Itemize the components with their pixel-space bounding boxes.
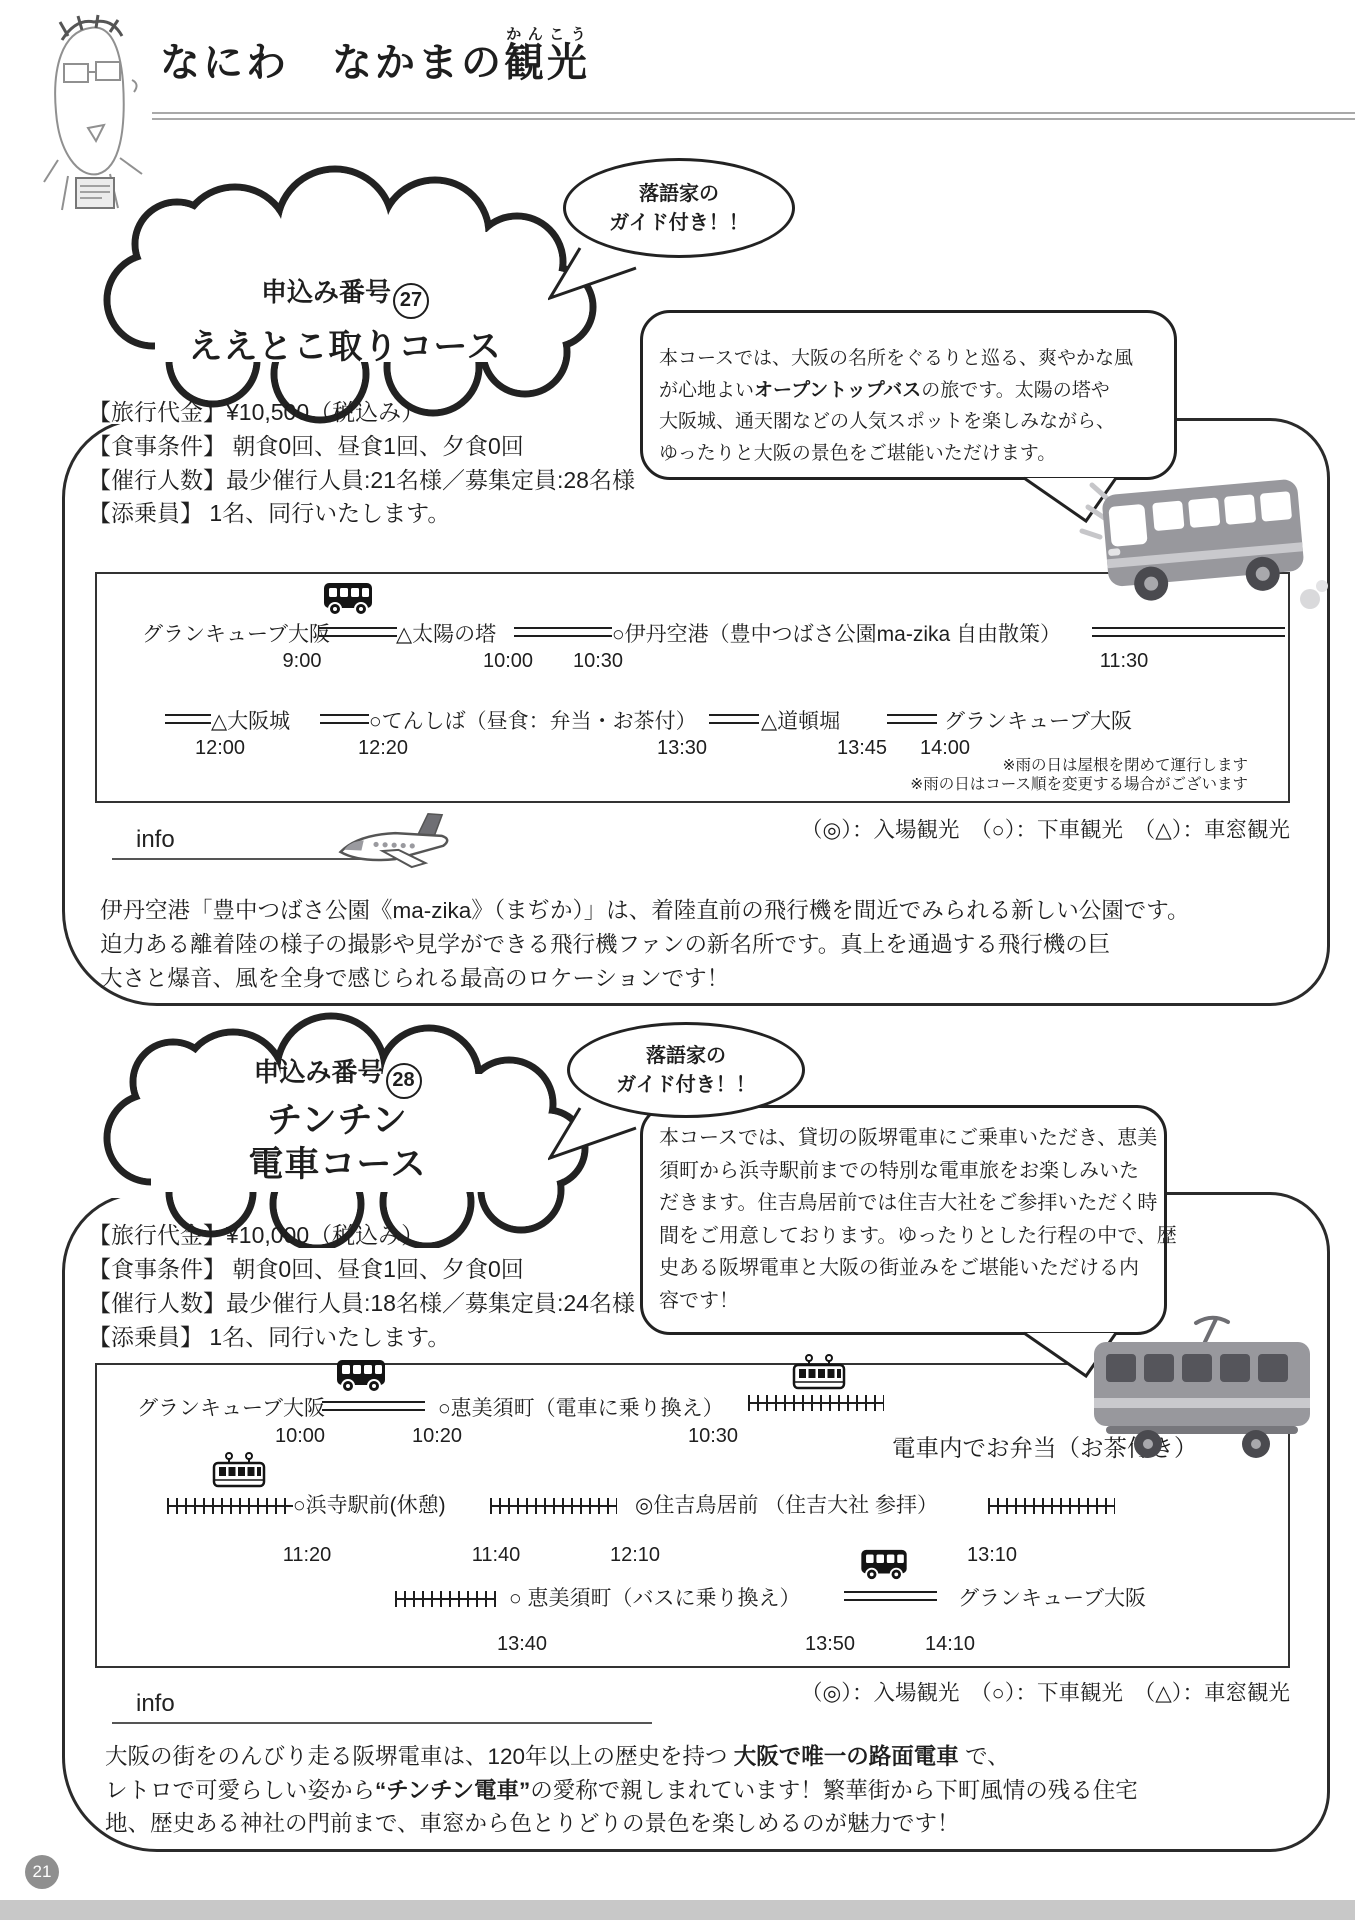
detail-price: 【旅行代金】¥10,000（税込み） [88,1218,635,1252]
tram-icon [791,1353,847,1399]
time-label: 10:30 [556,650,640,673]
tram-icon [211,1451,267,1497]
rail-route-line [988,1498,1115,1514]
time-label: 13:40 [480,1633,564,1656]
course27-info-paragraph: 伊丹空港「豊中つばさ公園《ma-zika》（まぢか）」は、着陸直前の飛行機を間近… [100,894,1189,996]
page-title-base: なにわ なかまの [160,41,504,85]
time-label: 11:30 [1082,650,1166,673]
rain-notes: ※雨の日は屋根を閉めて運行します ※雨の日はコース順を変更する場合がございます [910,757,1248,794]
bus-icon [322,580,374,616]
course28-title-line1: チンチン [85,1099,590,1143]
course27-guide-bubble-tail [548,246,643,308]
course28-apply-number: 申込み番号28 [85,1052,590,1099]
stop-tower-of-sun: △太陽の塔 [396,618,496,648]
highlight-only-streetcar: 大阪で唯一の路面電車 [734,1744,959,1769]
page-title-kanji: 観光かんこう [504,41,590,85]
pamphlet-page: なにわ なかまの観光かんこう 申込み番号27 ええとこ取りコース [0,0,1355,1920]
stop-grand-cube: グランキューブ大阪 [142,618,330,648]
footer-bar [0,1900,1355,1920]
course27-title: ええとこ取りコース [85,319,605,368]
time-label: 14:10 [908,1633,992,1656]
stop-grand-cube: グランキューブ大阪 [958,1582,1146,1612]
course28-guide-bubble: 落語家の ガイド付き！！ [567,1022,805,1118]
page-number-badge: 21 [25,1855,59,1889]
course28-title-cloud: 申込み番号28 チンチン 電車コース [85,1012,590,1248]
time-label: 13:30 [640,737,724,760]
bus-icon [335,1357,387,1393]
stop-itami-airport: ○伊丹空港（豊中つばさ公園ma-zika 自由散策） [612,618,1061,648]
course27-guide-bubble: 落語家の ガイド付き！！ [563,158,795,258]
course28-guide-bubble-tail [548,1106,643,1168]
time-label: 11:20 [265,1544,349,1567]
time-label: 9:00 [260,650,344,673]
stop-ebisucho: ○恵美須町（電車に乗り換え） [438,1392,724,1422]
stop-dotonbori: △道頓堀 [761,705,840,735]
time-label: 10:00 [258,1425,342,1448]
rail-route-line [490,1498,617,1514]
stop-tenshiba: ○てんしば（昼食：弁当・お茶付） [369,705,697,735]
bus-route-line [709,714,759,724]
course27-apply-number: 申込み番号27 [85,272,605,319]
time-label: 13:50 [788,1633,872,1656]
open-top-bus-illustration [1072,455,1330,620]
stop-grand-cube: グランキューブ大阪 [944,705,1132,735]
time-label: 10:30 [671,1425,755,1448]
bus-route-line [322,1401,425,1411]
course27-details: 【旅行代金】¥10,500（税込み） 【食事条件】 朝食0回、昼食1回、夕食0回… [88,396,635,531]
circled-number-27: 27 [393,283,429,319]
time-label: 13:45 [820,737,904,760]
time-label: 11:40 [454,1544,538,1567]
header-divider [152,112,1355,120]
time-label: 10:00 [466,650,550,673]
bus-route-line [844,1591,937,1601]
page-title: なにわ なかまの観光かんこう [160,26,590,88]
bus-route-line [1092,627,1285,637]
stop-sumiyoshi-toriimae: ◎住吉鳥居前 （住吉大社 参拝） [635,1489,938,1519]
time-label: 10:20 [395,1425,479,1448]
stop-hamadera-ekimae: ○浜寺駅前(休憩) [293,1489,446,1519]
bus-route-line [514,627,612,637]
page-title-furigana: かんこう [504,26,590,43]
time-label: 13:10 [950,1544,1034,1567]
stop-ebisucho: ○ 恵美須町（バスに乗り換え） [509,1582,801,1612]
info-underline [112,858,367,860]
stop-grand-cube: グランキューブ大阪 [137,1392,325,1422]
time-label: 12:10 [593,1544,677,1567]
info-underline [112,1722,652,1724]
bus-route-line [165,714,211,724]
course28-details: 【旅行代金】¥10,000（税込み） 【食事条件】 朝食0回、昼食1回、夕食0回… [88,1218,635,1354]
course27-title-cloud: 申込み番号27 ええとこ取りコース [85,162,605,428]
bus-icon [859,1547,909,1581]
course28-description-bubble: 本コースでは、貸切の阪堺電車にご乗車いただき、恵美 須町から浜寺駅前までの特別な… [640,1105,1167,1335]
info-label: info [136,1690,175,1718]
highlight-open-top-bus: オープントップバス [754,380,921,401]
info-label: info [136,826,175,854]
circled-number-28: 28 [386,1063,422,1099]
bus-route-line [887,714,937,724]
bus-route-line [319,627,397,637]
pantograph [1196,1318,1228,1344]
detail-price: 【旅行代金】¥10,500（税込み） [88,396,635,430]
highlight-chinchin-densha: “チンチン電車” [375,1778,530,1803]
sightseeing-legend: （◎）：入場観光 （○）：下車観光 （△）：車窓観光 [400,813,1290,844]
airplane-icon [330,806,465,881]
detail-escort: 【添乗員】 1名、同行いたします。 [88,1320,635,1354]
detail-meals: 【食事条件】 朝食0回、昼食1回、夕食0回 [88,1252,635,1286]
time-label: 12:20 [341,737,425,760]
detail-capacity: 【催行人数】最少催行人員:18名様／募集定員:24名様 [88,1286,635,1320]
rail-route-line [167,1498,293,1514]
stop-osaka-castle: △大阪城 [211,705,290,735]
course28-title-line2: 電車コース [85,1143,590,1187]
chinchin-tram-illustration [1076,1312,1328,1462]
detail-capacity: 【催行人数】最少催行人員:21名様／募集定員:28名様 [88,464,635,498]
time-label: 12:00 [178,737,262,760]
rail-route-line [395,1591,496,1607]
bus-route-line [320,714,369,724]
detail-escort: 【添乗員】 1名、同行いたします。 [88,497,635,531]
sightseeing-legend: （◎）：入場観光 （○）：下車観光 （△）：車窓観光 [400,1676,1290,1707]
course28-info-paragraph: 大阪の街をのんびり走る阪堺電車は、120年以上の歴史を持つ 大阪で唯一の路面電車… [105,1740,1138,1841]
detail-meals: 【食事条件】 朝食0回、昼食1回、夕食0回 [88,430,635,464]
